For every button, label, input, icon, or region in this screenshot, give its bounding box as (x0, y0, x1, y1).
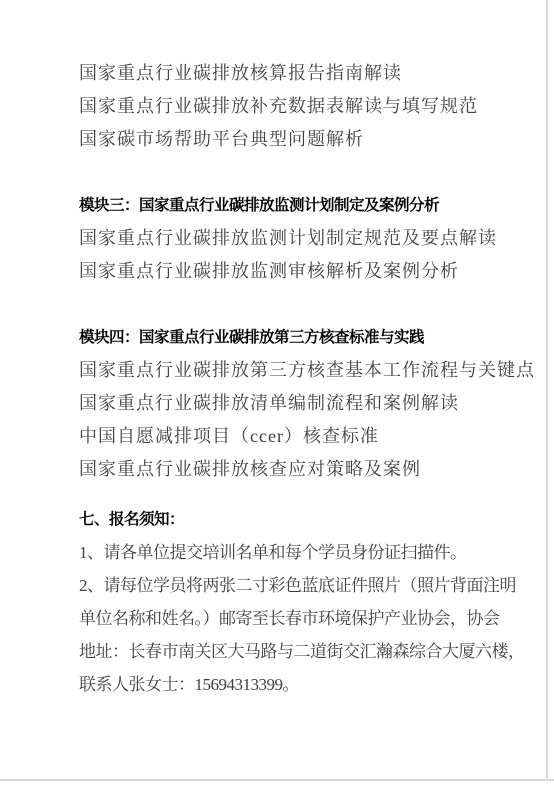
page-edge-right (546, 0, 548, 780)
notice-item: 1、请各单位提交培训名单和每个学员身份证扫描件。 (79, 536, 542, 569)
document-page: 国家重点行业碳排放核算报告指南解读 国家重点行业碳排放补充数据表解读与填写规范 … (0, 0, 554, 785)
course-item: 国家碳市场帮助平台典型问题解析 (79, 123, 542, 156)
course-item: 国家重点行业碳排放监测审核解析及案例分析 (79, 255, 542, 288)
notice-line: 单位名称和姓名。）邮寄至长春市环境保护产业协会，协会 (79, 602, 542, 635)
spacer (79, 486, 542, 503)
course-item: 国家重点行业碳排放清单编制流程和案例解读 (79, 387, 542, 420)
module-heading: 模块三：国家重点行业碳排放监测计划制定及案例分析 (79, 189, 542, 222)
page-edge-bottom (0, 779, 554, 781)
course-item: 国家重点行业碳排放第三方核查基本工作流程与关键点 (79, 354, 542, 387)
document-content: 国家重点行业碳排放核算报告指南解读 国家重点行业碳排放补充数据表解读与填写规范 … (79, 57, 542, 701)
course-item: 国家重点行业碳排放核查应对策略及案例 (79, 453, 542, 486)
notice-line: 地址：长春市南关区大马路与二道街交汇瀚森综合大厦六楼， (79, 635, 542, 668)
notice-heading: 七、报名须知： (79, 503, 542, 536)
course-item: 国家重点行业碳排放监测计划制定规范及要点解读 (79, 222, 542, 255)
spacer (79, 156, 542, 189)
notice-line: 联系人张女士：15694313399。 (79, 668, 542, 701)
notice-line: 2、请每位学员将两张二寸彩色蓝底证件照片（照片背面注明 (79, 569, 542, 602)
course-item: 国家重点行业碳排放核算报告指南解读 (79, 57, 542, 90)
module-heading: 模块四：国家重点行业碳排放第三方核查标准与实践 (79, 321, 542, 354)
spacer (79, 288, 542, 321)
course-item: 国家重点行业碳排放补充数据表解读与填写规范 (79, 90, 542, 123)
course-item: 中国自愿减排项目（ccer）核查标准 (79, 420, 542, 453)
